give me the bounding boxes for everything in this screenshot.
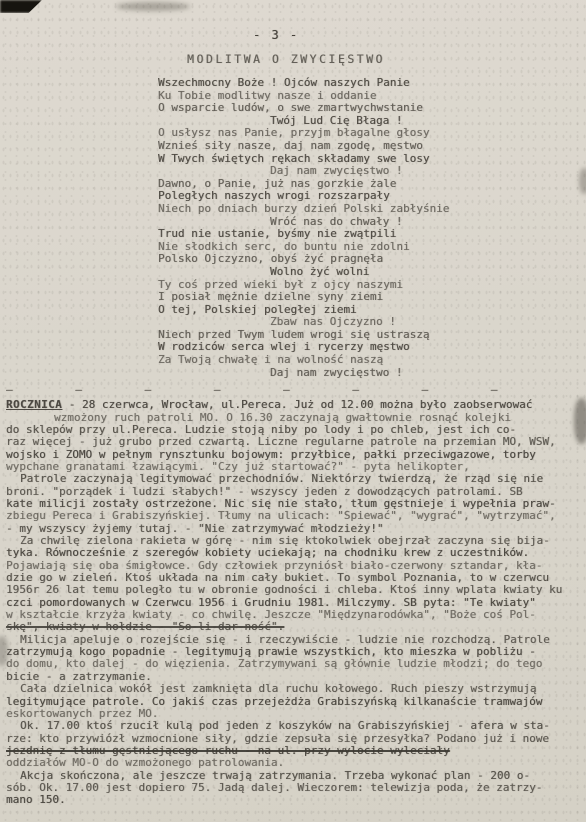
body-line: dzie go w zieleń. Ktoś układa na nim cał… xyxy=(6,572,580,584)
article-lead-word: ROCZNICA xyxy=(6,399,62,411)
body-line: do domu, kto dalej - do więzienia. Zatrz… xyxy=(6,658,580,670)
dashed-separator: — — — — — — — — xyxy=(6,383,580,396)
poem-line: Za Twoją chwałę i na wolność naszą xyxy=(158,354,580,367)
poem-line: Trud nie ustanie, byśmy nie zwątpili xyxy=(158,228,580,241)
body-line: Ok. 17.00 ktoś rzucił kulą pod jeden z k… xyxy=(6,720,580,732)
body-line: tyka. Równocześnie z szeregów kobiety uc… xyxy=(6,547,580,559)
body-line: bicie - a zatrzymanie. xyxy=(6,671,580,683)
ink-smudge-top-left xyxy=(0,0,42,13)
body-line: zatrzymują kogo popadnie - legitymują pr… xyxy=(6,646,580,658)
ink-smudge-right-upper xyxy=(579,168,586,194)
body-line: ROCZNICA - 28 czerwca, Wrocław, ul.Perec… xyxy=(6,399,580,411)
body-line: - my wszyscy żyjemy tutaj. - "Nie zatrzy… xyxy=(6,523,580,535)
body-line: broni. "porządek i ludzi słabych!" - wsz… xyxy=(6,486,580,498)
page-number: - 3 - xyxy=(0,28,552,42)
article-body: ROCZNICA - 28 czerwca, Wrocław, ul.Perec… xyxy=(6,399,580,806)
body-line: Akcja skończona, ale jeszcze trwają zatr… xyxy=(6,770,580,782)
poem-line: O wsparcie ludów, o swe zmartwychwstanie xyxy=(158,102,580,115)
body-line: legitymujące patrole. Co jakiś czas prze… xyxy=(6,696,580,708)
poem-line: Wolno żyć wolni xyxy=(270,266,580,279)
page-content: MODLITWA O ZWYCIĘSTWO Wszechmocny Boże !… xyxy=(6,52,580,807)
body-line: sób. Ok. 17.00 jest dopiero 75. Jadą dal… xyxy=(6,782,580,794)
body-line: Patrole zaczynają legitymować przechodni… xyxy=(6,473,580,485)
poem-line: Niech po dniach burzy dzień Polski zabły… xyxy=(158,203,580,216)
poem-line: Zbaw nas Ojczyzno ! xyxy=(270,316,580,329)
body-line: kate milicji zostały ostrzeżone. Nic się… xyxy=(6,498,580,510)
body-line: oddziałów MO-O do wzmożonego patrolowani… xyxy=(6,757,580,769)
poem-line: Daj nam zwycięstwo ! xyxy=(270,367,580,380)
poem-line: Daj nam zwycięstwo ! xyxy=(270,165,580,178)
body-line: w kształcie krzyża kwiaty - co chwilę. J… xyxy=(6,609,580,621)
body-line: Za chwilę zielona rakieta w górę - nim s… xyxy=(6,535,580,547)
poem: Wszechmocny Boże ! Ojców naszych PanieKu… xyxy=(158,77,580,379)
body-line: Milicja apeluje o rozejście się - i rzec… xyxy=(6,634,580,646)
body-line: jezdnię z tłumu gęstniejącego ruchu - na… xyxy=(6,745,580,757)
poem-line: Polsko Ojczyzno, obyś żyć pragnęła xyxy=(158,253,580,266)
poem-line: Wszechmocny Boże ! Ojców naszych Panie xyxy=(158,77,580,90)
body-line: skę", kwiaty w hołdzie - "So-li-dar-ność… xyxy=(6,621,580,633)
body-line: 1956r 26 lat temu poległo tu w obronie g… xyxy=(6,584,580,596)
poem-line: Wznieś siły nasze, daj nam zgodę, męstwo xyxy=(158,140,580,153)
body-line: raz więcej - już grubo przed czwartą. Li… xyxy=(6,436,580,448)
body-line: czci pomordowanych w Czerwcu 1956 i Grud… xyxy=(6,597,580,609)
body-line: mano 150. xyxy=(6,794,580,806)
body-line: wypchane granatami łzawiącymi. "Czy już … xyxy=(6,461,580,473)
body-line: rze: kto przywiózł wzmocnione siły, gdzi… xyxy=(6,733,580,745)
body-line: zbiegu Pereca i Grabiszyńskiej. Tłumy na… xyxy=(6,510,580,522)
ink-smudge-top xyxy=(116,2,190,11)
body-line: eskortowanych przez MO. xyxy=(6,708,580,720)
scanned-document-page: - 3 - MODLITWA O ZWYCIĘSTWO Wszechmocny … xyxy=(0,0,586,822)
body-line: Pojawiają się oba śmigłowce. Gdy człowie… xyxy=(6,560,580,572)
body-line: Cała dzielnica wokół jest zamknięta dla … xyxy=(6,683,580,695)
poem-title: MODLITWA O ZWYCIĘSTWO xyxy=(6,52,566,66)
body-line: wojsko i ZOMO w pełnym rynsztunku bojowy… xyxy=(6,449,580,461)
body-line: wzmożony ruch patroli MO. O 16.30 zaczyn… xyxy=(6,412,580,424)
poem-line: I posiał mężnie dzielne syny ziemi xyxy=(158,291,580,304)
body-line: do sklepów przy ul.Pereca. Ludzie stoją … xyxy=(6,424,580,436)
